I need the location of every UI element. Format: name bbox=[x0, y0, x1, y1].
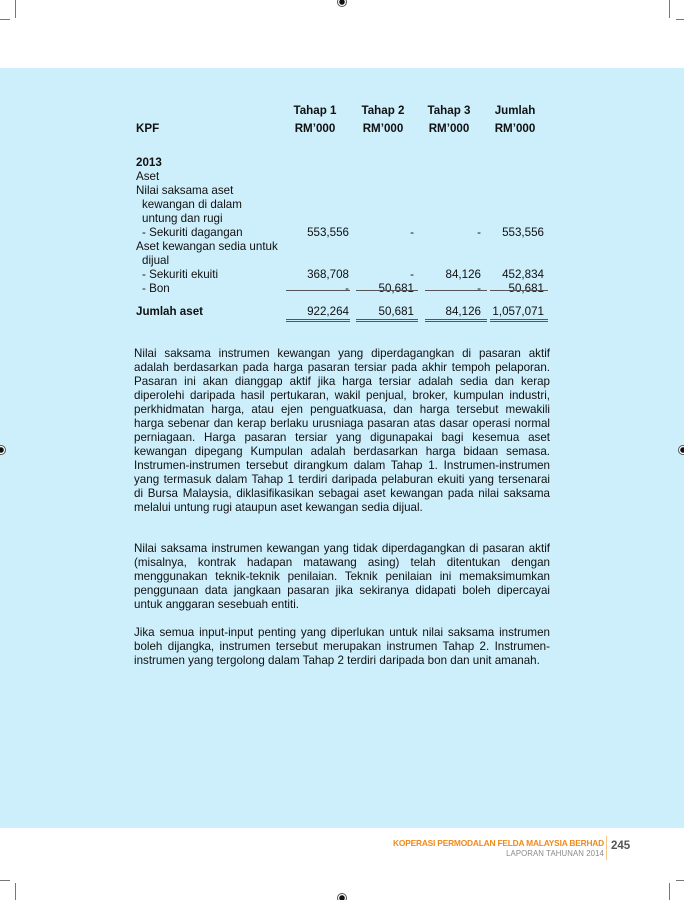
paragraph-level1-description: Nilai saksama instrumen kewangan yang di… bbox=[134, 347, 550, 515]
column-header: Tahap 1 bbox=[280, 104, 350, 118]
column-header: Jumlah bbox=[482, 104, 548, 118]
year-row: 2013 bbox=[136, 156, 548, 170]
item-label: - Sekuriti ekuiti bbox=[136, 268, 218, 282]
cell-value: - bbox=[287, 282, 349, 296]
total-value: 1,057,071 bbox=[482, 305, 544, 319]
row-header-label: KPF bbox=[136, 122, 159, 136]
cell-value: - bbox=[352, 226, 414, 240]
subtotal-underline bbox=[356, 290, 418, 291]
column-unit: RM’000 bbox=[280, 122, 350, 136]
table-header-row-1: Tahap 1 Tahap 2 Tahap 3 Jumlah bbox=[136, 104, 548, 122]
paragraph-level2-description: Nilai saksama instrumen kewangan yang ti… bbox=[134, 542, 550, 612]
total-double-underline bbox=[356, 319, 418, 322]
cell-value: 553,556 bbox=[287, 226, 349, 240]
cell-value: - bbox=[419, 226, 481, 240]
cell-value: - bbox=[419, 282, 481, 296]
registration-mark-icon bbox=[678, 445, 684, 455]
column-header: Tahap 2 bbox=[348, 104, 418, 118]
total-row: Jumlah aset 922,264 50,681 84,126 1,057,… bbox=[136, 305, 548, 319]
cell-value: - bbox=[352, 268, 414, 282]
year-label: 2013 bbox=[136, 156, 162, 170]
table-row: - Sekuriti dagangan 553,556 - - 553,556 bbox=[136, 226, 548, 240]
group-label-row: kewangan di dalam bbox=[136, 198, 548, 212]
crop-mark bbox=[676, 880, 684, 881]
table-row: - Sekuriti ekuiti 368,708 - 84,126 452,8… bbox=[136, 268, 548, 282]
total-row-container: Jumlah aset 922,264 50,681 84,126 1,057,… bbox=[136, 305, 548, 319]
crop-mark bbox=[15, 0, 16, 18]
total-double-underline bbox=[286, 319, 350, 322]
cell-value: 50,681 bbox=[352, 282, 414, 296]
total-value: 50,681 bbox=[352, 305, 414, 319]
group-label: Nilai saksama aset bbox=[136, 184, 233, 198]
footer-report-title: LAPORAN TAHUNAN 2014 bbox=[506, 849, 604, 858]
crop-mark bbox=[15, 883, 16, 900]
footer-organization-name: KOPERASI PERMODALAN FELDA MALAYSIA BERHA… bbox=[393, 838, 604, 848]
group-label: untung dan rugi bbox=[136, 212, 223, 226]
total-value: 922,264 bbox=[287, 305, 349, 319]
fair-value-table: Tahap 1 Tahap 2 Tahap 3 Jumlah KPF RM’00… bbox=[136, 104, 548, 296]
cell-value: 368,708 bbox=[287, 268, 349, 282]
group-label-row: Aset kewangan sedia untuk bbox=[136, 240, 548, 254]
cell-value: 84,126 bbox=[419, 268, 481, 282]
crop-mark bbox=[0, 880, 10, 881]
registration-mark-icon bbox=[337, 0, 347, 7]
total-double-underline bbox=[490, 319, 548, 322]
paragraph-level2-inputs: Jika semua input-input penting yang dipe… bbox=[134, 626, 550, 668]
total-label: Jumlah aset bbox=[136, 305, 203, 319]
section-label: Aset bbox=[136, 170, 159, 184]
group-label: Aset kewangan sedia untuk bbox=[136, 240, 278, 254]
crop-mark bbox=[0, 19, 10, 20]
column-unit: RM’000 bbox=[482, 122, 548, 136]
table-row: - Bon - 50,681 - 50,681 bbox=[136, 282, 548, 296]
table-header-row-2: KPF RM’000 RM’000 RM’000 RM’000 bbox=[136, 122, 548, 156]
group-label-row: untung dan rugi bbox=[136, 212, 548, 226]
footer-divider bbox=[606, 836, 607, 860]
section-row: Aset bbox=[136, 170, 548, 184]
column-header: Tahap 3 bbox=[414, 104, 484, 118]
column-unit: RM’000 bbox=[348, 122, 418, 136]
group-label-row: Nilai saksama aset bbox=[136, 184, 548, 198]
crop-mark bbox=[669, 883, 670, 900]
crop-mark bbox=[669, 0, 670, 18]
cell-value: 452,834 bbox=[482, 268, 544, 282]
page-number: 245 bbox=[611, 840, 630, 852]
total-value: 84,126 bbox=[419, 305, 481, 319]
item-label: - Sekuriti dagangan bbox=[136, 226, 243, 240]
subtotal-underline bbox=[425, 290, 487, 291]
subtotal-underline bbox=[490, 290, 548, 291]
column-unit: RM’000 bbox=[414, 122, 484, 136]
group-label-row: dijual bbox=[136, 254, 548, 268]
cell-value: 553,556 bbox=[482, 226, 544, 240]
item-label: - Bon bbox=[136, 282, 170, 296]
crop-mark bbox=[676, 19, 684, 20]
total-double-underline bbox=[425, 319, 487, 322]
group-label: dijual bbox=[136, 254, 169, 268]
group-label: kewangan di dalam bbox=[136, 198, 242, 212]
subtotal-underline bbox=[286, 290, 350, 291]
registration-mark-icon bbox=[337, 893, 347, 900]
cell-value: 50,681 bbox=[482, 282, 544, 296]
